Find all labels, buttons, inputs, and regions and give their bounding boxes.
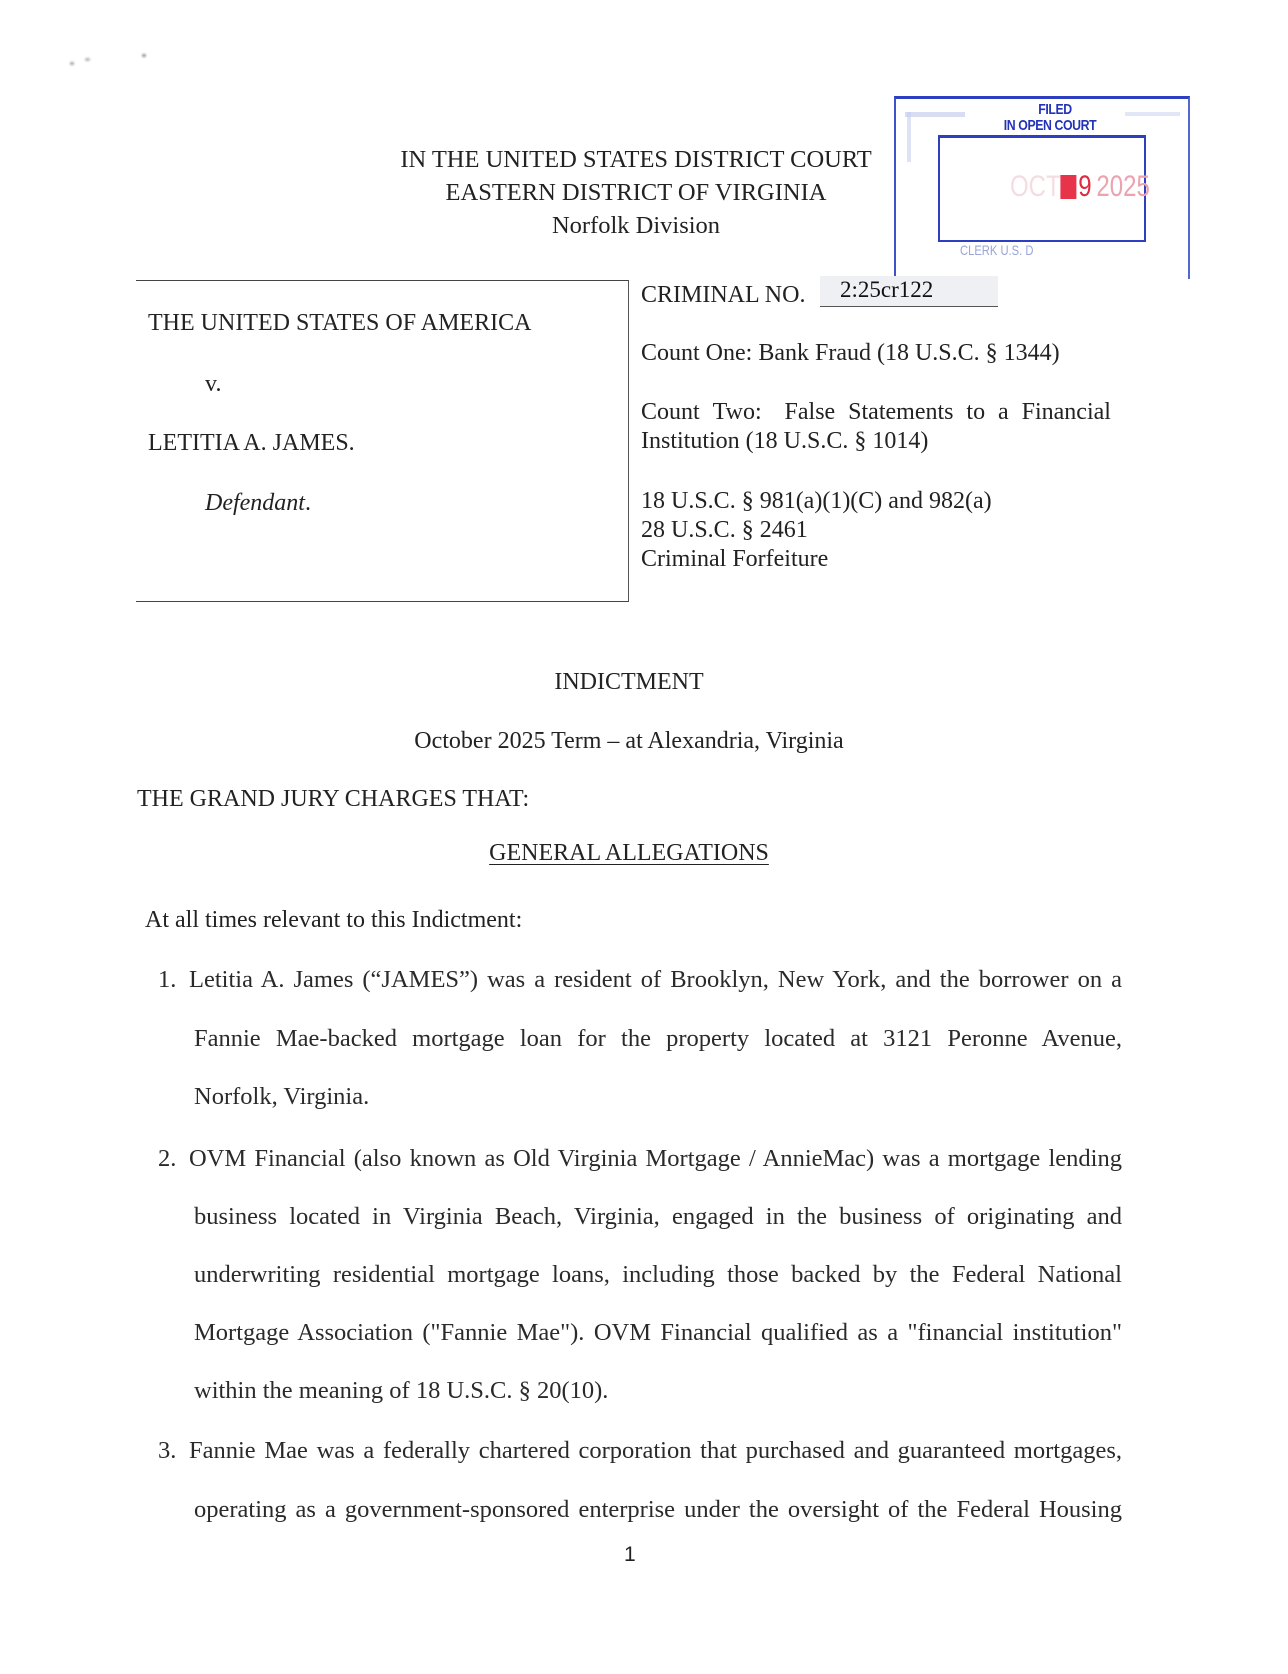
criminal-no-label: CRIMINAL NO. [641,281,805,309]
division-name: Norfolk Division [380,209,892,242]
page-number: 1 [624,1543,636,1567]
stamp-date-day: 9 [1078,170,1091,203]
intro-line: At all times relevant to this Indictment… [145,906,522,934]
grand-jury-charges: THE GRAND JURY CHARGES THAT: [137,785,529,813]
count-two-line2: Institution (18 U.S.C. § 1014) [641,427,928,455]
scan-artifact [85,58,90,61]
stamp-open-court-label: IN OPEN COURT [980,118,1119,134]
paragraph-number: 1. [158,966,176,994]
versus: v. [205,370,221,398]
paragraph-line: Norfolk, Virginia. [194,1083,369,1111]
word: Two: [713,398,762,426]
paragraph-line: Mortgage Association ("Fannie Mae"). OVM… [194,1319,1122,1347]
stamp-red-block [1061,175,1077,199]
count-one: Count One: Bank Fraud (18 U.S.C. § 1344) [641,339,1060,367]
court-name: IN THE UNITED STATES DISTRICT COURT [380,143,892,176]
term-line: October 2025 Term – at Alexandria, Virgi… [0,727,1258,755]
plaintiff-name: THE UNITED STATES OF AMERICA [148,309,531,337]
paragraph-line: Fannie Mae-backed mortgage loan for the … [194,1025,1122,1053]
word: Statements [848,398,953,426]
word: False [785,398,836,426]
word: Financial [1022,398,1111,426]
paragraph-line: within the meaning of 18 U.S.C. § 20(10)… [194,1377,608,1405]
word: to [966,398,985,426]
count-two-line1: Count Two: False Statements to a Financi… [641,398,1111,426]
paragraph-line: business located in Virginia Beach, Virg… [194,1203,1122,1231]
stamp-ink-speckle [905,112,965,117]
document-title: INDICTMENT [0,668,1258,696]
word: Count [641,398,700,426]
paragraph-line: Fannie Mae was a federally chartered cor… [189,1437,1122,1465]
defendant-label: Defendant. [205,489,311,517]
court-header: IN THE UNITED STATES DISTRICT COURT EAST… [380,143,892,242]
criminal-no-value: 2:25cr122 [840,277,933,303]
stamp-filed-label: FILED [998,102,1113,118]
stamp-date-year: 2025 [1096,170,1149,203]
paragraph-line: Letitia A. James (“JAMES”) was a residen… [189,966,1122,994]
stamp-date-month: OCT [1010,170,1061,203]
stamp-clerk-label: CLERK U.S. D [960,242,1033,258]
district-name: EASTERN DISTRICT OF VIRGINIA [380,176,892,209]
paragraph-number: 3. [158,1437,176,1465]
forfeiture-statute-1: 18 U.S.C. § 981(a)(1)(C) and 982(a) [641,487,992,515]
section-heading: GENERAL ALLEGATIONS [0,839,1258,867]
defendant-name: LETITIA A. JAMES. [148,429,355,457]
paragraph-line: OVM Financial (also known as Old Virgini… [189,1145,1122,1173]
paragraph-number: 2. [158,1145,176,1173]
paragraph-line: operating as a government-sponsored ente… [194,1496,1122,1524]
forfeiture-statute-2: 28 U.S.C. § 2461 [641,516,808,544]
defendant-label-text: Defendant [205,490,305,516]
stamp-ink-speckle [907,112,911,162]
paragraph-line: underwriting residential mortgage loans,… [194,1261,1122,1289]
word: a [998,398,1009,426]
stamp-ink-speckle [1125,112,1180,116]
stamp-date: OCT92025 [1010,170,1150,204]
scan-artifact [70,62,74,65]
forfeiture-label: Criminal Forfeiture [641,545,828,573]
scan-artifact [142,54,146,57]
defendant-label-period: . [305,490,311,516]
